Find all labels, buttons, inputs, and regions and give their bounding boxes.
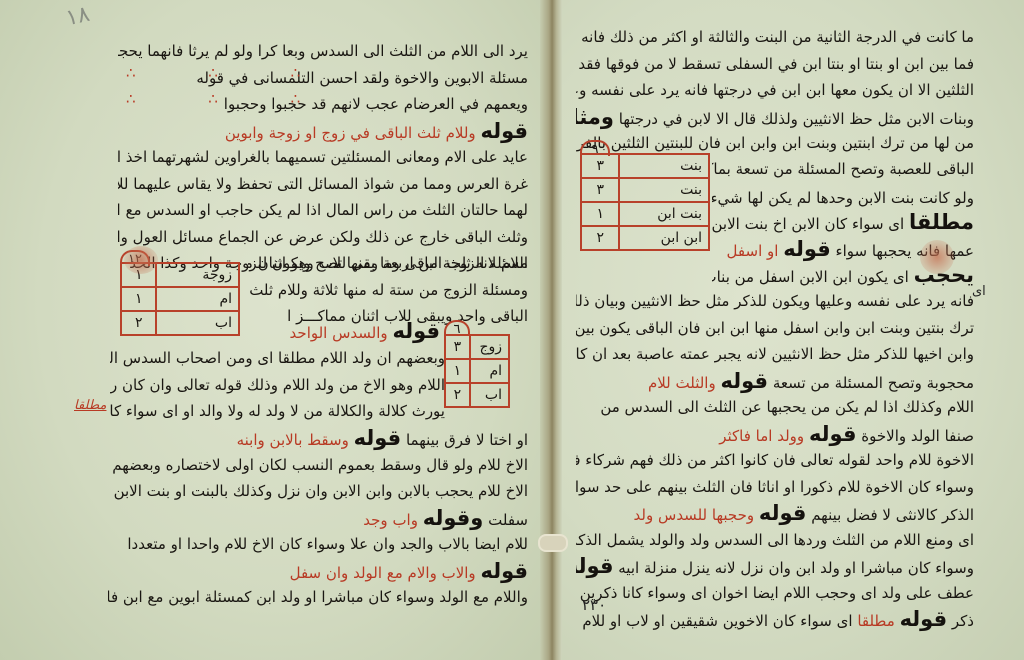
text-line: غرة العرس ومما من شواذ المسائل التى تحفظ… bbox=[118, 171, 528, 198]
text-line: ترك بنتين وبنت ابن وابن اسفل منها ابن اب… bbox=[576, 315, 974, 342]
rubric-line: وبنات الابن مثل حظ الانثيين ولذلك قال ال… bbox=[576, 104, 974, 131]
rubric-text: وحجبها للسدس ولد bbox=[634, 506, 755, 524]
text-segment: سفلت bbox=[488, 511, 528, 529]
text-line: للام ايضا بالاب والجد وان علا وسواء كان … bbox=[108, 531, 528, 558]
rubric-text: والسدس الواحد bbox=[290, 324, 388, 342]
inheritance-table-2: زوج ٣ ام ١ اب ٢ bbox=[444, 334, 510, 408]
left-text-block-bottom: او اختا لا فرق بينهما قوله وسقط بالابن و… bbox=[108, 425, 528, 611]
rubric-text: واب وجد bbox=[363, 511, 418, 529]
rubric-line: ولو كانت بنت الابن وحدها لم يكن لها شيء … bbox=[712, 183, 974, 210]
text-line: عطف على ولد اى وحجب اللام ايضا اخوان اى … bbox=[576, 580, 974, 607]
text-line: اللام لانه ثلث الباقى وما بقى للاب وهو ا… bbox=[248, 250, 528, 277]
rubric-line: او اختا لا فرق بينهما قوله وسقط بالابن و… bbox=[108, 425, 528, 452]
rubric-keyword: قوله bbox=[900, 607, 948, 631]
rubric-line: ذكر قوله مطلقا اى سواء كان الاخوين شقيقي… bbox=[576, 606, 974, 633]
red-dot-ornaments: ∴ ∴ ∴ bbox=[126, 90, 334, 108]
text-line: وابن اخيها للذكر مثل حظ الانثيين لانه يج… bbox=[576, 341, 974, 368]
rubric-keyword: قوله bbox=[480, 119, 528, 143]
text-line: وبعضهم ان ولد اللام مطلقا اى ومن اصحاب ا… bbox=[110, 345, 445, 372]
text-line: ومسئلة الزوج من ستة له منها ثلاثة وللام … bbox=[248, 277, 528, 304]
table-row: ام ١ bbox=[445, 359, 509, 383]
text-line: اللام وهو الاخ من ولد اللام وذلك قوله تع… bbox=[110, 372, 445, 399]
text-line: اللام وكذلك اذا لم يكن من يحجبها عن الثل… bbox=[576, 394, 974, 421]
margin-note-left: مطلقا bbox=[74, 398, 106, 413]
rubric-line: مطلقا اى سواء كان الابن اخ بنت الابن او … bbox=[712, 209, 974, 236]
text-segment: ولو كانت بنت الابن وحدها لم يكن لها شيء bbox=[712, 189, 974, 207]
rubric-keyword: قوله bbox=[576, 554, 613, 578]
red-ink-stain bbox=[124, 246, 158, 274]
text-segment: وبعضهم ان ولد اللام مطلقا اى ومن اصحاب ا… bbox=[110, 349, 445, 367]
text-line: الاخ للام يحجب بالابن وابن الابن وان نزل… bbox=[108, 478, 528, 505]
rubric-text: وسقط بالابن وابنه bbox=[237, 431, 349, 449]
rubric-text: او اسفل bbox=[727, 242, 779, 260]
right-text-block-main: فانه يرد على نفسه وعليها ويكون للذكر مثل… bbox=[576, 288, 974, 633]
rubric-line: وسواء كان مباشرا او ولد ابن وان نزل لانه… bbox=[576, 553, 974, 580]
table-row: بنت ابن ١ bbox=[581, 202, 709, 226]
text-segment: وبنات الابن مثل حظ الانثيين ولذلك قال ال… bbox=[619, 110, 974, 128]
text-segment: الذكر كالانثى لا فضل بينهم bbox=[811, 506, 974, 524]
inheritance-table-3: بنت ٣ بنت ٣ بنت ابن ١ ابن ابن ٢ bbox=[580, 153, 710, 251]
rubric-text: مطلقا bbox=[857, 612, 894, 630]
text-line: يورث كلالة والكلالة من لا ولد له ولا وال… bbox=[110, 398, 445, 425]
rubric-keyword: قوله bbox=[392, 319, 440, 343]
rubric-line: الذكر كالانثى لا فضل بينهم قوله وحجبها ل… bbox=[576, 500, 974, 527]
text-line: فما بين ابن او بنتا او بنتا ابن في السفل… bbox=[576, 51, 974, 78]
table-row: زوج ٣ bbox=[445, 335, 509, 359]
rubric-line: محجوبة وتصح المسئلة من تسعة قوله والثلث … bbox=[576, 368, 974, 395]
text-segment: محجوبة وتصح المسئلة من تسعة bbox=[773, 374, 974, 392]
margin-note-right: اى bbox=[972, 284, 986, 299]
rubric-keyword: قوله bbox=[354, 426, 402, 450]
text-segment: صنفا الولد والاخوة bbox=[861, 427, 974, 445]
text-segment: او اختا لا فرق بينهما bbox=[406, 431, 528, 449]
text-line: اى ومنع اللام من الثلث وردها الى السدس و… bbox=[576, 527, 974, 554]
book-gutter bbox=[540, 0, 562, 660]
rubric-keyword: قوله bbox=[721, 369, 769, 393]
rubric-line: قوله والاب والام مع الولد وان سفل bbox=[108, 558, 528, 585]
text-line: الاخ للام ولو قال وسقط بعموم النسب لكان … bbox=[108, 452, 528, 479]
text-line: الاخوة للام واحد لقوله تعالى فان كانوا ا… bbox=[576, 447, 974, 474]
rubric-line: سفلت وقوله واب وجد bbox=[108, 505, 528, 532]
text-segment: اى يكون ابن الابن اسفل من بنات الابن bbox=[712, 268, 909, 286]
text-line: يرد الى اللام من الثلث الى السدس وبعا كر… bbox=[118, 38, 528, 65]
text-line: الباقى للعصبة وتصح المسئلة من تسعة بماكز… bbox=[712, 156, 974, 183]
text-line: واللام مع الولد وسواء كان مباشرا او ولد … bbox=[108, 584, 528, 611]
rubric-keyword: قوله bbox=[809, 422, 857, 446]
text-segment: اى سواء كان الابن اخ بنت الابن او ابن bbox=[712, 215, 904, 233]
rubric-keyword: وقوله bbox=[423, 506, 484, 530]
rubric-keyword: قوله bbox=[783, 237, 831, 261]
text-segment: وسواء كان مباشرا او ولد ابن وان نزل لانه… bbox=[618, 559, 974, 577]
table-row: اب ٢ bbox=[121, 311, 239, 335]
rubric-keyword: قوله bbox=[480, 559, 528, 583]
text-line: وثلث الباقى خارج عن ذلك ولكن عرض عن الجم… bbox=[118, 224, 528, 251]
text-line: لهما حالتان الثلث من راس المال اذا لم يك… bbox=[118, 197, 528, 224]
table-row: ام ١ bbox=[121, 287, 239, 311]
rubric-text: والاب والام مع الولد وان سفل bbox=[290, 564, 476, 582]
text-line: وسواء كان الاخوة للام ذكورا او اناثا فان… bbox=[576, 474, 974, 501]
red-ink-stain bbox=[920, 240, 954, 274]
rubric-keyword: مطلقا bbox=[909, 210, 974, 234]
table-row: ابن ابن ٢ bbox=[581, 226, 709, 250]
rubric-text: وولد اما فاكثر bbox=[719, 427, 804, 445]
text-segment: ذكر bbox=[952, 612, 974, 630]
table-row: بنت ٣ bbox=[581, 154, 709, 178]
folio-number: ٢٣٠ bbox=[582, 596, 606, 614]
text-line: ما كانت في الدرجة الثانية من البنت والثا… bbox=[576, 24, 974, 51]
table-row: بنت ٣ bbox=[581, 178, 709, 202]
text-line: عايد على الام ومعانى المسئلتين تسميهما ب… bbox=[118, 144, 528, 171]
rubric-text: ومثال bbox=[576, 105, 614, 129]
rubric-line: صنفا الولد والاخوة قوله وولد اما فاكثر bbox=[576, 421, 974, 448]
right-text-block-top: ما كانت في الدرجة الثانية من البنت والثا… bbox=[576, 24, 974, 157]
left-text-block-lower: وبعضهم ان ولد اللام مطلقا اى ومن اصحاب ا… bbox=[110, 345, 445, 425]
text-segment: اى سواء كان الاخوين شقيقين او لاب او للا… bbox=[582, 612, 852, 630]
red-dot-ornaments: ∴ ∴ ∴ bbox=[126, 64, 334, 82]
pencil-mark: ١٨ bbox=[64, 2, 92, 31]
text-line: فانه يرد على نفسه وعليها ويكون للذكر مثل… bbox=[576, 288, 974, 315]
text-line: الثلثين الا ان يكون معها ابن ابن في درجت… bbox=[576, 77, 974, 104]
rubric-keyword: قوله bbox=[759, 501, 807, 525]
binding-thread bbox=[538, 534, 568, 552]
rubric-line: قوله وللام ثلث الباقى في زوج او زوجة واب… bbox=[118, 118, 528, 145]
rubric-text: والثلث للام bbox=[648, 374, 716, 392]
table-row: اب ٢ bbox=[445, 383, 509, 407]
rubric-text: وللام ثلث الباقى في زوج او زوجة وابوين bbox=[225, 124, 476, 142]
